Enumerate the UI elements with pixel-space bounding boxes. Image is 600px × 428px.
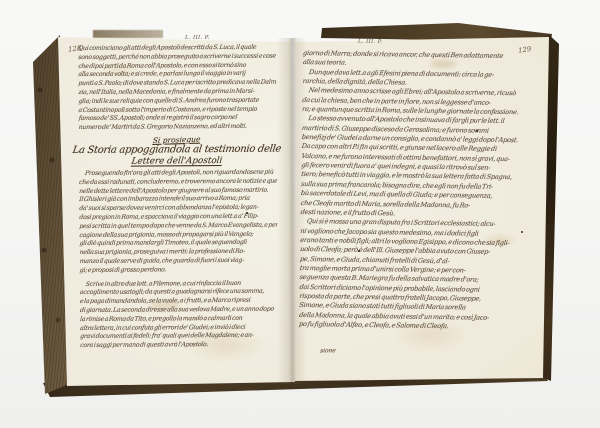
catchword: sione — [320, 348, 336, 354]
running-header-left: L. III. P. — [185, 35, 210, 41]
right-page-text: giorno di Marra; donde si ricava ancor, … — [299, 49, 531, 333]
book-top-binding-left — [93, 30, 163, 38]
left-page-paragraph-1: Qui cominciano gli atti degli Apostoli d… — [78, 44, 277, 133]
running-header-right: L. III. P. — [358, 39, 383, 45]
section-heading-subtitle: Lettere dell'Apostoli — [64, 155, 289, 168]
manuscript-line: gi; e proposi di grosso perdono. — [79, 265, 278, 275]
manuscript-line: cora i saggi per mano di questi avrà l'A… — [80, 341, 279, 351]
left-page-paragraph-3: Scrive in altre due lett. a Filemone, a … — [80, 279, 278, 351]
manuscript-book: 128 129 L. III. P. L. III. P. Qui cominc… — [0, 0, 600, 428]
section-heading: Si prosiegue La Storia appoggiandola al … — [65, 135, 289, 169]
manuscript-line: numero de' Martiri da S. Gregorio Nazian… — [78, 123, 277, 133]
left-page-paragraph-2: Proseguendo fin'ora gli atti degli Apost… — [79, 169, 278, 276]
left-page-text: Qui cominciano gli atti degli Apostoli d… — [78, 44, 278, 351]
photo-background: 128 129 L. III. P. L. III. P. Qui cominc… — [0, 0, 600, 428]
